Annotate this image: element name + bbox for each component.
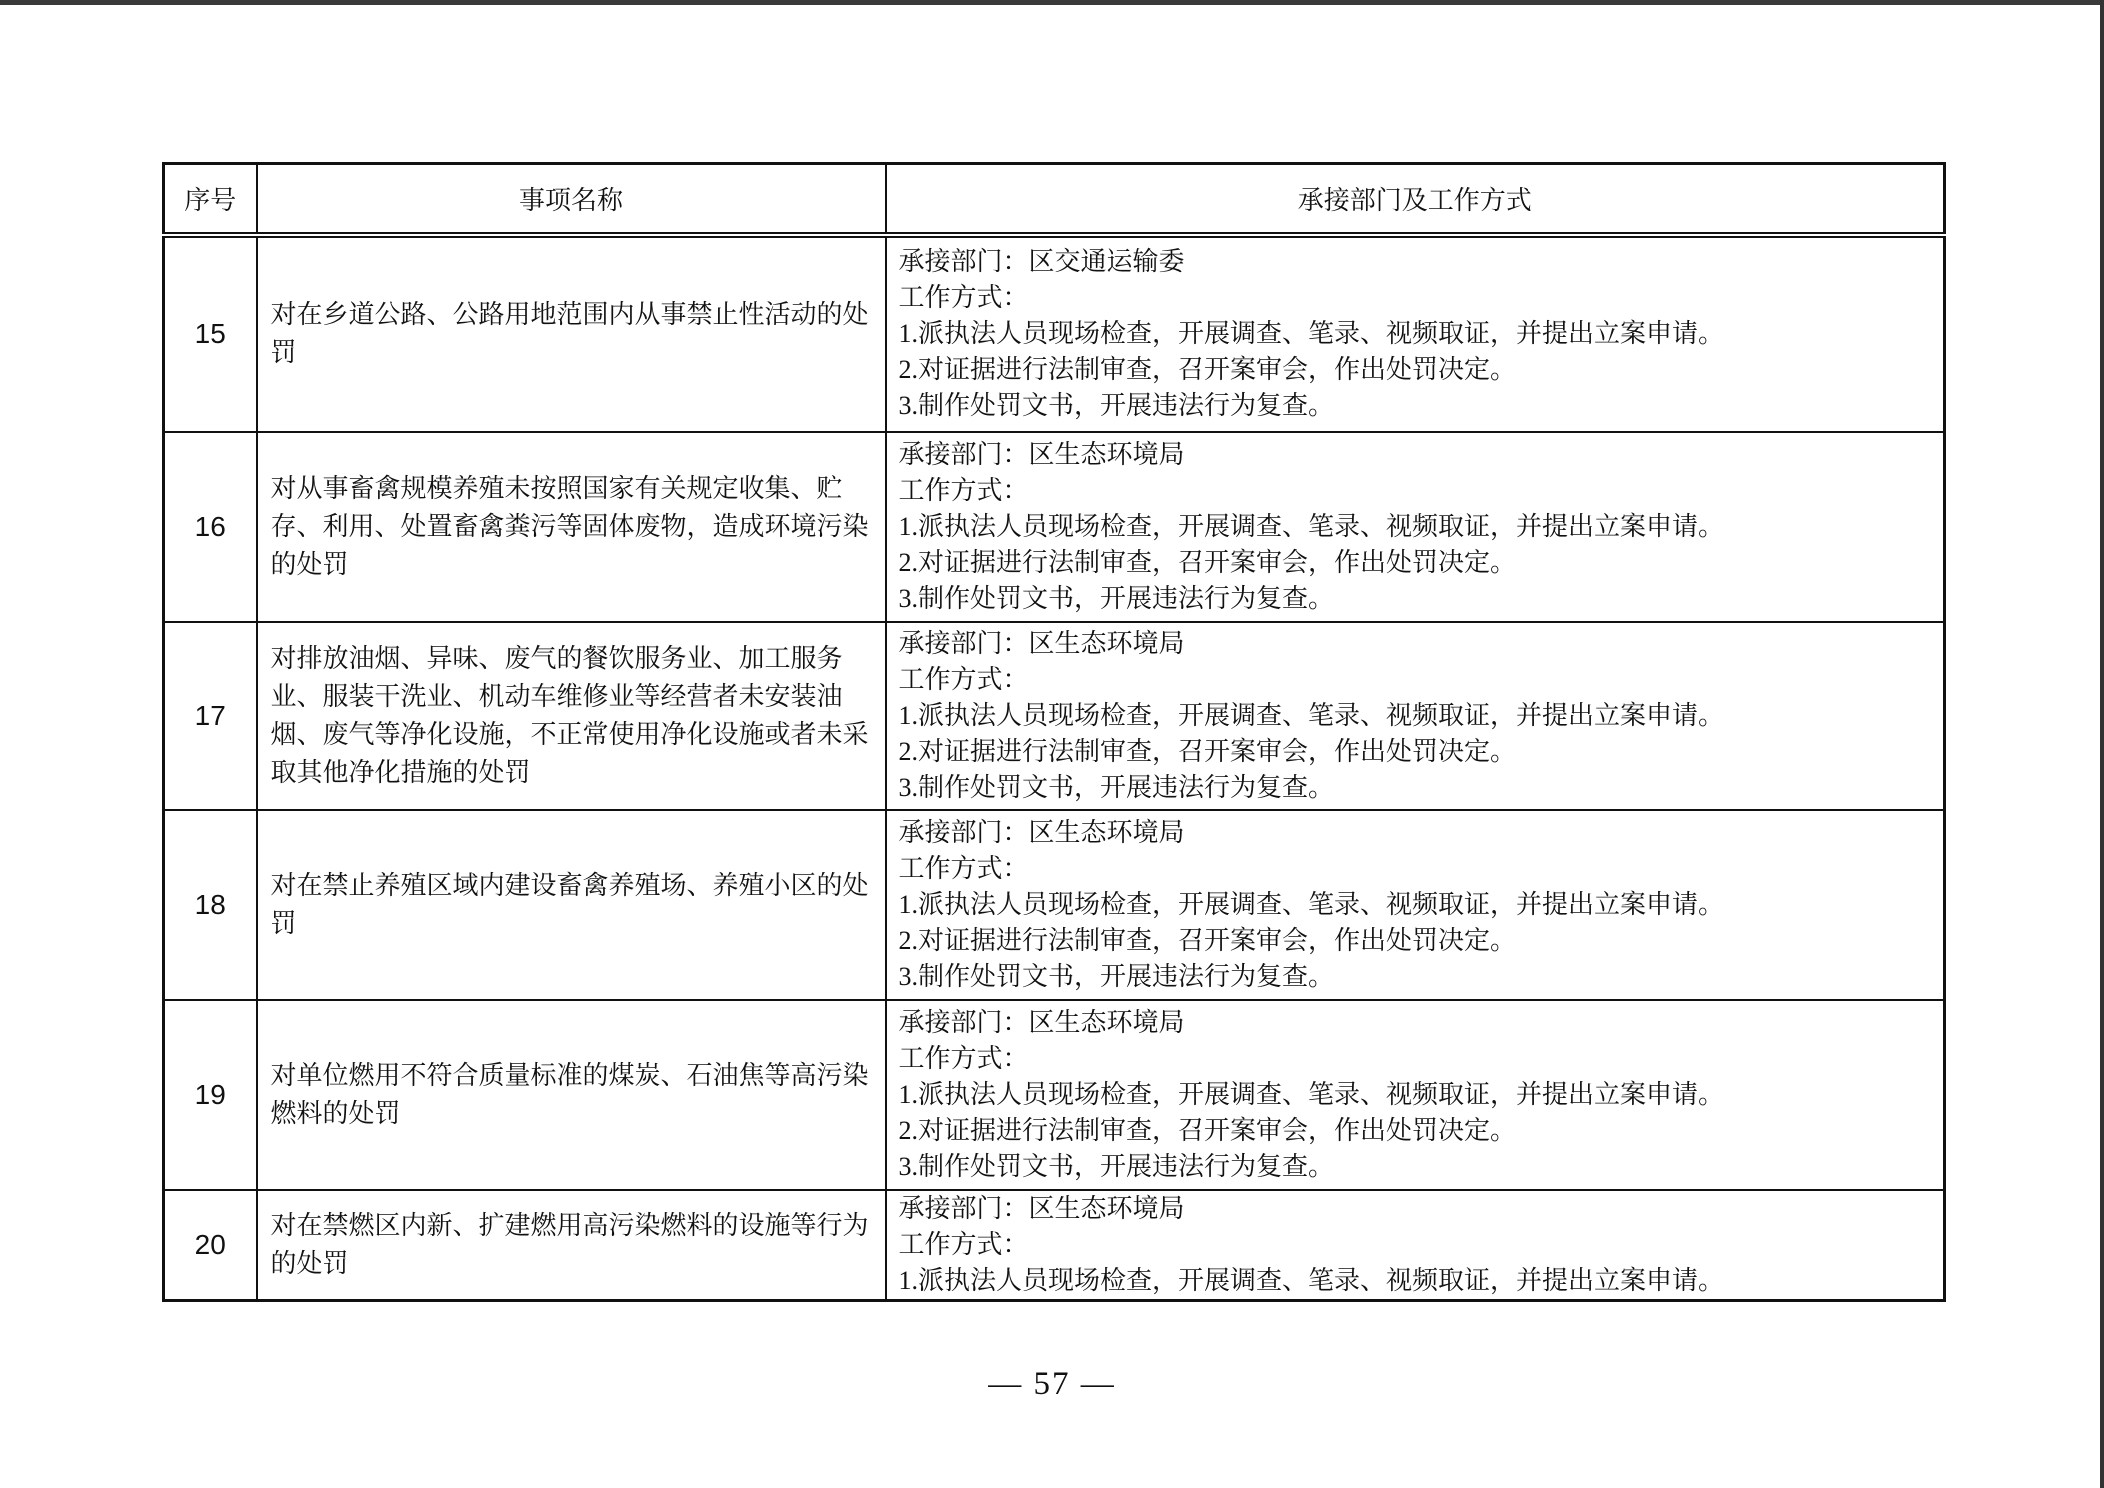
work-step-line: 1.派执法人员现场检查，开展调查、笔录、视频取证，并提出立案申请。: [899, 1077, 1932, 1113]
row-dept-cell: 承接部门：区生态环境局 工作方式： 1.派执法人员现场检查，开展调查、笔录、视频…: [886, 1000, 1945, 1190]
work-step-line: 1.派执法人员现场检查，开展调查、笔录、视频取证，并提出立案申请。: [899, 698, 1932, 734]
row-item-name: 对单位燃用不符合质量标准的煤炭、石油焦等高污染燃料的处罚: [257, 1000, 886, 1190]
department-line: 承接部门：区生态环境局: [899, 626, 1932, 662]
method-label: 工作方式：: [899, 662, 1932, 698]
matters-table: 序号 事项名称 承接部门及工作方式 15 对在乡道公路、公路用地范围内从事禁止性…: [162, 162, 1946, 1302]
work-step-line: 3.制作处罚文书，开展违法行为复查。: [899, 959, 1932, 995]
row-item-name: 对在禁燃区内新、扩建燃用高污染燃料的设施等行为的处罚: [257, 1190, 886, 1301]
work-step-line: 1.派执法人员现场检查，开展调查、笔录、视频取证，并提出立案申请。: [899, 509, 1932, 545]
table-row: 15 对在乡道公路、公路用地范围内从事禁止性活动的处罚 承接部门：区交通运输委 …: [164, 235, 1945, 432]
work-step-line: 3.制作处罚文书，开展违法行为复查。: [899, 388, 1932, 424]
row-dept-cell: 承接部门：区生态环境局 工作方式： 1.派执法人员现场检查，开展调查、笔录、视频…: [886, 622, 1945, 810]
row-seq-no: 20: [164, 1190, 257, 1301]
method-label: 工作方式：: [899, 473, 1932, 509]
row-seq-no: 16: [164, 432, 257, 622]
row-dept-cell: 承接部门：区交通运输委 工作方式： 1.派执法人员现场检查，开展调查、笔录、视频…: [886, 235, 1945, 432]
table-row: 16 对从事畜禽规模养殖未按照国家有关规定收集、贮存、利用、处置畜禽粪污等固体废…: [164, 432, 1945, 622]
row-seq-no: 17: [164, 622, 257, 810]
table-row: 20 对在禁燃区内新、扩建燃用高污染燃料的设施等行为的处罚 承接部门：区生态环境…: [164, 1190, 1945, 1301]
header-item-name: 事项名称: [257, 164, 886, 235]
page-number: — 57 —: [0, 1366, 2104, 1403]
method-label: 工作方式：: [899, 1041, 1932, 1077]
work-step-line: 2.对证据进行法制审查，召开案审会，作出处罚决定。: [899, 545, 1932, 581]
method-label: 工作方式：: [899, 1227, 1932, 1263]
table-body: 15 对在乡道公路、公路用地范围内从事禁止性活动的处罚 承接部门：区交通运输委 …: [164, 235, 1945, 1301]
row-seq-no: 19: [164, 1000, 257, 1190]
department-line: 承接部门：区生态环境局: [899, 1191, 1932, 1227]
header-dept-method: 承接部门及工作方式: [886, 164, 1945, 235]
table-header-row: 序号 事项名称 承接部门及工作方式: [164, 164, 1945, 235]
method-label: 工作方式：: [899, 280, 1932, 316]
table-row: 17 对排放油烟、异味、废气的餐饮服务业、加工服务业、服装干洗业、机动车维修业等…: [164, 622, 1945, 810]
row-item-name: 对从事畜禽规模养殖未按照国家有关规定收集、贮存、利用、处置畜禽粪污等固体废物，造…: [257, 432, 886, 622]
window-right-edge: [2100, 0, 2104, 1488]
work-step-line: 1.派执法人员现场检查，开展调查、笔录、视频取证，并提出立案申请。: [899, 1263, 1932, 1299]
work-step-line: 1.派执法人员现场检查，开展调查、笔录、视频取证，并提出立案申请。: [899, 316, 1932, 352]
department-line: 承接部门：区生态环境局: [899, 437, 1932, 473]
header-seq-no: 序号: [164, 164, 257, 235]
row-seq-no: 15: [164, 235, 257, 432]
department-line: 承接部门：区交通运输委: [899, 244, 1932, 280]
work-step-line: 2.对证据进行法制审查，召开案审会，作出处罚决定。: [899, 923, 1932, 959]
work-step-line: 2.对证据进行法制审查，召开案审会，作出处罚决定。: [899, 734, 1932, 770]
work-step-line: 2.对证据进行法制审查，召开案审会，作出处罚决定。: [899, 352, 1932, 388]
row-dept-cell: 承接部门：区生态环境局 工作方式： 1.派执法人员现场检查，开展调查、笔录、视频…: [886, 810, 1945, 1000]
method-label: 工作方式：: [899, 851, 1932, 887]
row-dept-cell: 承接部门：区生态环境局 工作方式： 1.派执法人员现场检查，开展调查、笔录、视频…: [886, 1190, 1945, 1301]
row-seq-no: 18: [164, 810, 257, 1000]
row-item-name: 对排放油烟、异味、废气的餐饮服务业、加工服务业、服装干洗业、机动车维修业等经营者…: [257, 622, 886, 810]
work-step-line: 2.对证据进行法制审查，召开案审会，作出处罚决定。: [899, 1113, 1932, 1149]
window-top-edge: [0, 0, 2104, 5]
row-dept-cell: 承接部门：区生态环境局 工作方式： 1.派执法人员现场检查，开展调查、笔录、视频…: [886, 432, 1945, 622]
work-step-line: 3.制作处罚文书，开展违法行为复查。: [899, 581, 1932, 617]
table-row: 19 对单位燃用不符合质量标准的煤炭、石油焦等高污染燃料的处罚 承接部门：区生态…: [164, 1000, 1945, 1190]
department-line: 承接部门：区生态环境局: [899, 1005, 1932, 1041]
table-row: 18 对在禁止养殖区域内建设畜禽养殖场、养殖小区的处罚 承接部门：区生态环境局 …: [164, 810, 1945, 1000]
work-step-line: 3.制作处罚文书，开展违法行为复查。: [899, 1149, 1932, 1185]
row-item-name: 对在乡道公路、公路用地范围内从事禁止性活动的处罚: [257, 235, 886, 432]
work-step-line: 1.派执法人员现场检查，开展调查、笔录、视频取证，并提出立案申请。: [899, 887, 1932, 923]
row-item-name: 对在禁止养殖区域内建设畜禽养殖场、养殖小区的处罚: [257, 810, 886, 1000]
department-line: 承接部门：区生态环境局: [899, 815, 1932, 851]
work-step-line: 3.制作处罚文书，开展违法行为复查。: [899, 770, 1932, 806]
